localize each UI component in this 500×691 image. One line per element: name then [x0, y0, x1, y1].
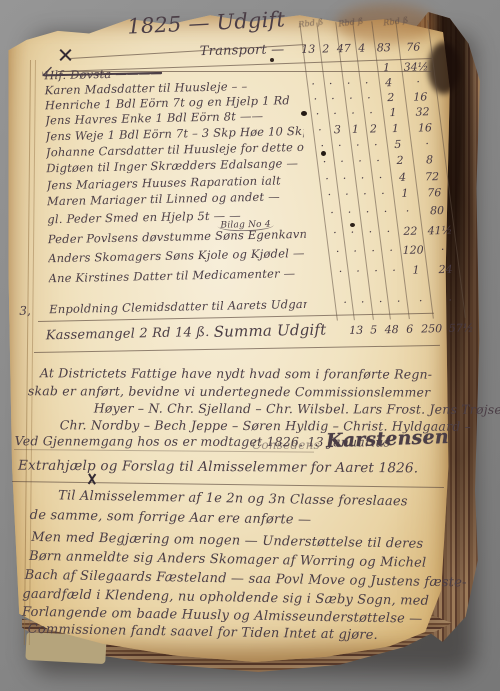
- proposal-line: de samme, som forrige Aar ere anførte —: [30, 508, 312, 528]
- proposal-block: Til Almisselemmer af 1e 2n og 3n Classe …: [0, 0, 500, 691]
- proposal-line: Til Almisselemmer af 1e 2n og 3n Classe …: [58, 488, 408, 509]
- manuscript-page-photo: ↙ 1825 — Udgift Rbd ßRbd ßRbd ß Transpor…: [0, 0, 500, 691]
- proposal-line: Men med Begjæring om nogen — Understøtte…: [31, 530, 423, 552]
- proposal-line: Børn anmeldte sig Anders Skomager af Wor…: [29, 549, 427, 571]
